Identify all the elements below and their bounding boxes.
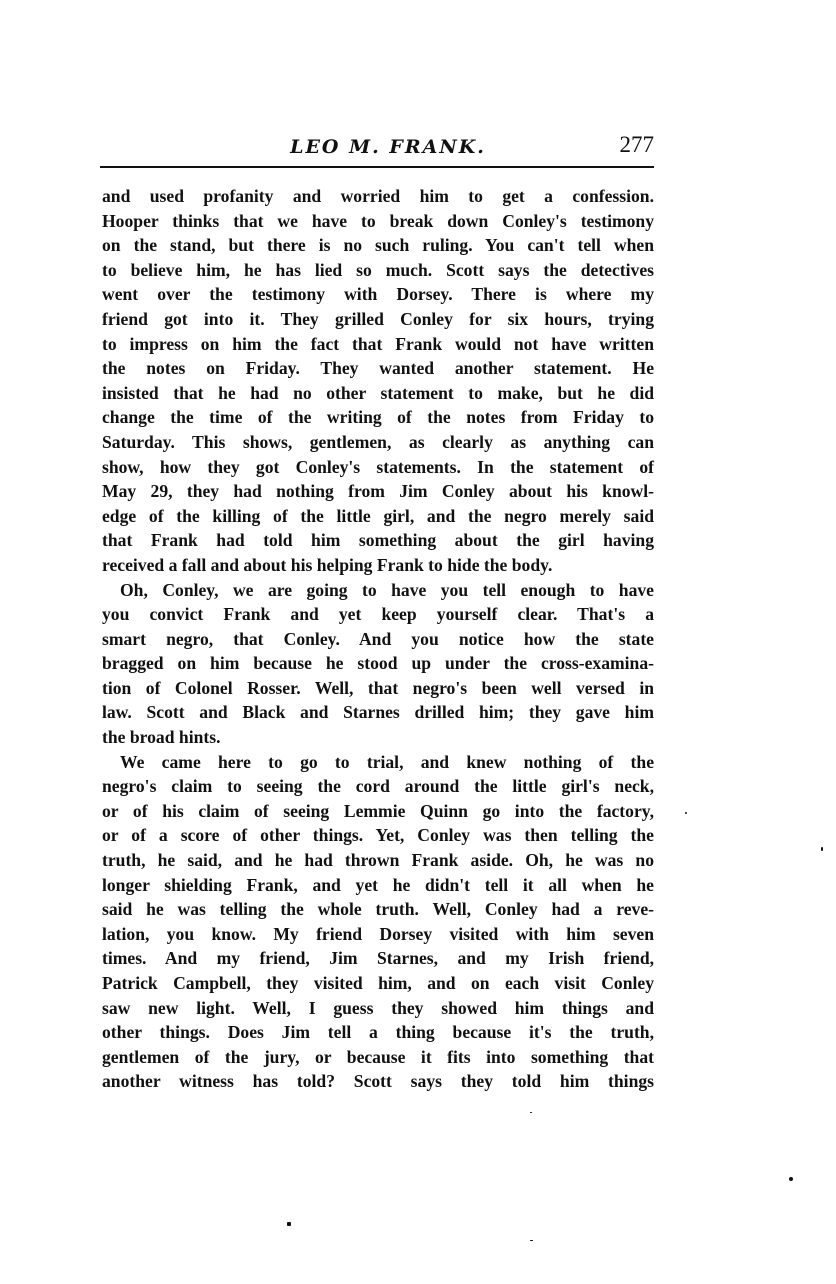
text-line: edge of the killing of the little girl, …	[102, 504, 654, 529]
text-line: longer shielding Frank, and yet he didn'…	[102, 873, 654, 898]
text-line: the broad hints.	[102, 725, 654, 750]
page-number: 277	[620, 132, 655, 158]
text-line: on the stand, but there is no such rulin…	[102, 233, 654, 258]
scan-speck	[789, 1177, 793, 1181]
text-line: saw new light. Well, I guess they showed…	[102, 996, 654, 1021]
paragraph-1: and used profanity and worried him to ge…	[102, 184, 654, 578]
text-line: went over the testimony with Dorsey. The…	[102, 282, 654, 307]
text-line: bragged on him because he stood up under…	[102, 651, 654, 676]
text-line: times. And my friend, Jim Starnes, and m…	[102, 946, 654, 971]
text-line: said he was telling the whole truth. Wel…	[102, 897, 654, 922]
text-line: lation, you know. My friend Dorsey visit…	[102, 922, 654, 947]
text-line: Patrick Campbell, they visited him, and …	[102, 971, 654, 996]
text-line: another witness has told? Scott says the…	[102, 1069, 654, 1094]
text-line: May 29, they had nothing from Jim Conley…	[102, 479, 654, 504]
text-line: and used profanity and worried him to ge…	[102, 184, 654, 209]
running-title: LEO M. FRANK.	[102, 136, 654, 158]
text-line: you convict Frank and yet keep yourself …	[102, 602, 654, 627]
text-line: Saturday. This shows, gentlemen, as clea…	[102, 430, 654, 455]
text-line: show, how they got Conley's statements. …	[102, 455, 654, 480]
text-line: change the time of the writing of the no…	[102, 405, 654, 430]
paragraph-3: We came here to go to trial, and knew no…	[102, 750, 654, 1094]
text-line: smart negro, that Conley. And you notice…	[102, 627, 654, 652]
text-line: Hooper thinks that we have to break down…	[102, 209, 654, 234]
text-line: friend got into it. They grilled Conley …	[102, 307, 654, 332]
book-page: LEO M. FRANK. 277 and used profanity and…	[102, 130, 654, 164]
paragraph-2: Oh, Conley, we are going to have you tel…	[102, 578, 654, 750]
text-line: tion of Colonel Rosser. Well, that negro…	[102, 676, 654, 701]
text-line: law. Scott and Black and Starnes drilled…	[102, 700, 654, 725]
header-rule	[100, 166, 654, 168]
text-line: Oh, Conley, we are going to have you tel…	[102, 578, 654, 603]
text-line: or of his claim of seeing Lemmie Quinn g…	[102, 799, 654, 824]
running-header: LEO M. FRANK. 277	[102, 130, 654, 164]
text-line: insisted that he had no other statement …	[102, 381, 654, 406]
text-line: negro's claim to seeing the cord around …	[102, 774, 654, 799]
body-text: and used profanity and worried him to ge…	[102, 184, 654, 1094]
scan-speck	[530, 1240, 533, 1241]
text-line: the notes on Friday. They wanted another…	[102, 356, 654, 381]
scan-speck	[530, 1112, 532, 1113]
text-line: other things. Does Jim tell a thing beca…	[102, 1020, 654, 1045]
text-line: We came here to go to trial, and knew no…	[102, 750, 654, 775]
scan-speck	[685, 812, 687, 814]
text-line: to believe him, he has lied so much. Sco…	[102, 258, 654, 283]
text-line: truth, he said, and he had thrown Frank …	[102, 848, 654, 873]
text-line: received a fall and about his helping Fr…	[102, 553, 654, 578]
text-line: gentlemen of the jury, or because it fit…	[102, 1045, 654, 1070]
text-line: to impress on him the fact that Frank wo…	[102, 332, 654, 357]
text-line: that Frank had told him something about …	[102, 528, 654, 553]
scan-speck	[287, 1222, 291, 1226]
scan-speck	[821, 847, 823, 851]
text-line: or of a score of other things. Yet, Conl…	[102, 823, 654, 848]
